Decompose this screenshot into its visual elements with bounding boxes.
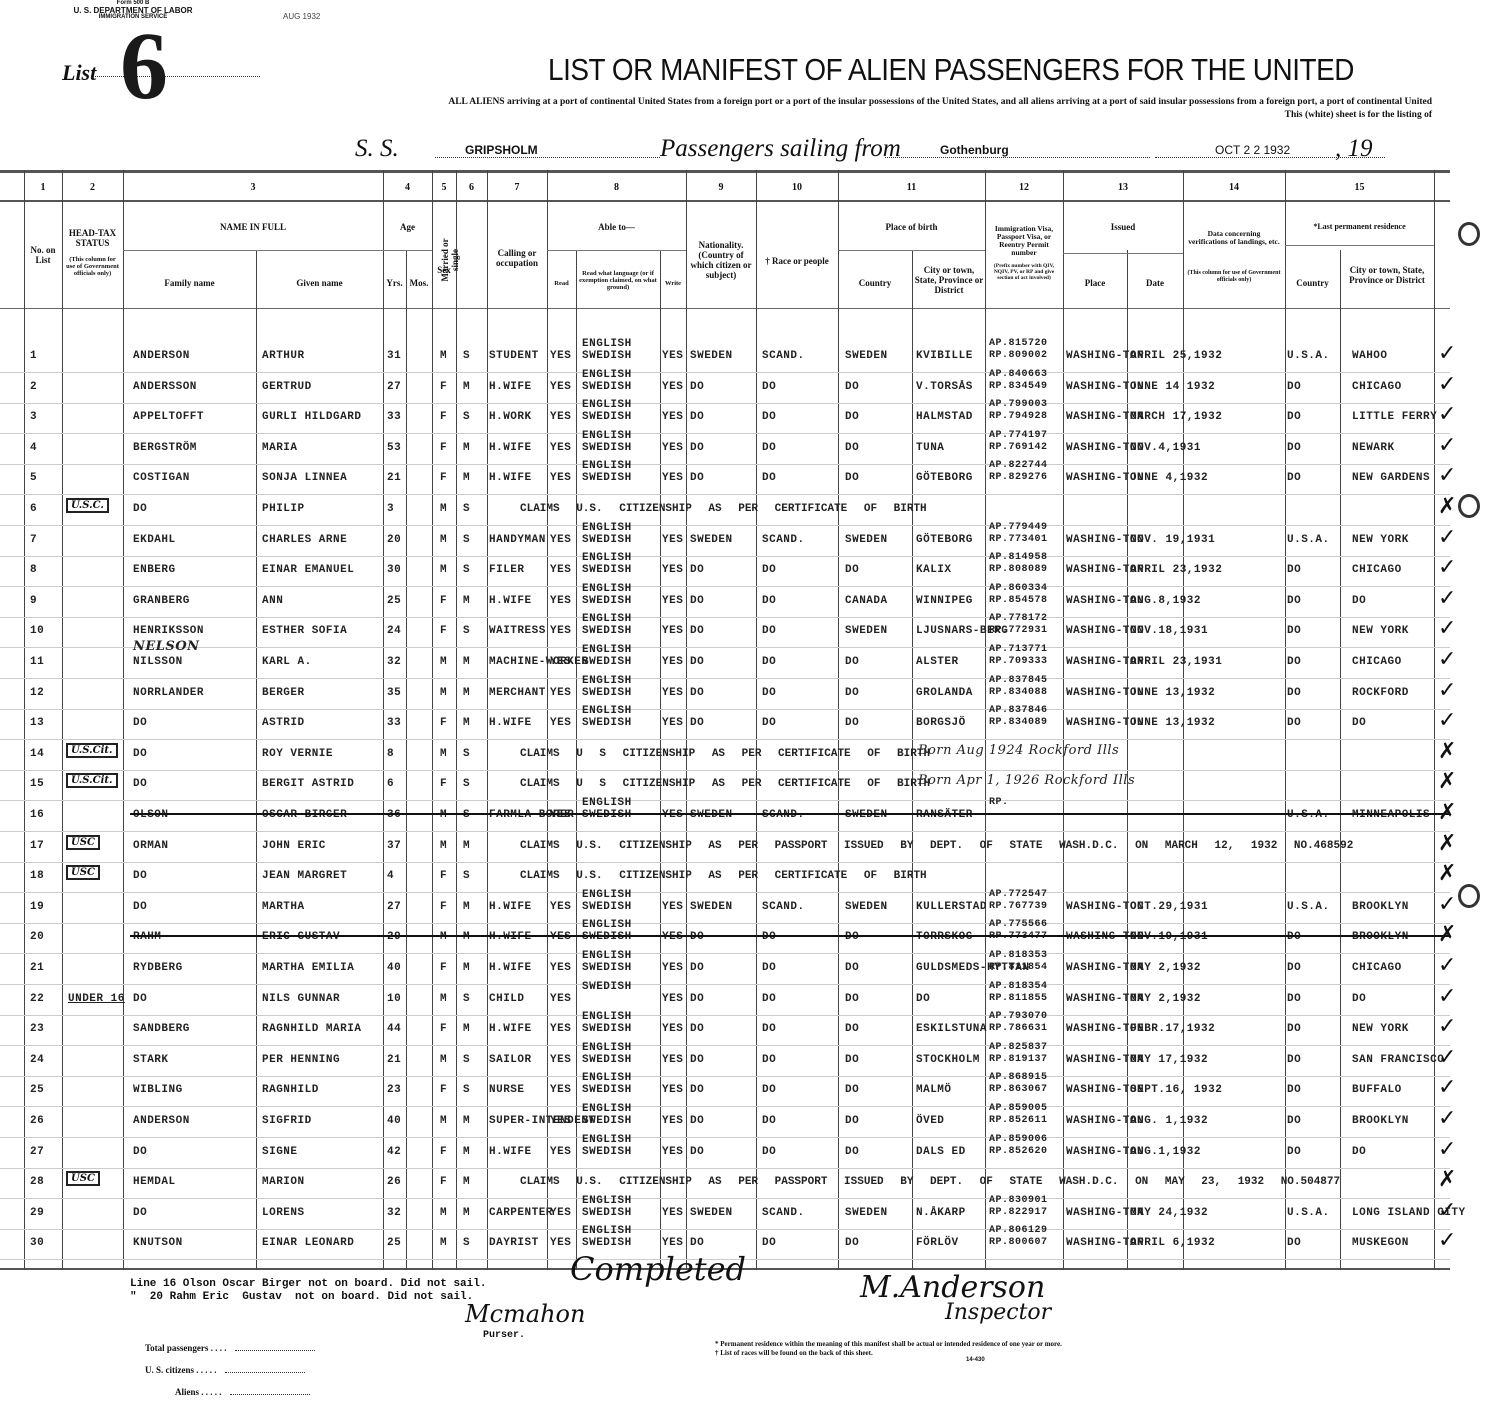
table-row: 8ENBERGEINAR EMANUEL30MSFILERYESYESDODOD… xyxy=(0,555,1450,586)
punch-hole xyxy=(1458,222,1480,246)
visa-number: AP.814958 RP.808089 xyxy=(989,552,1061,576)
residence-country: DO xyxy=(1287,717,1301,729)
header-married: Married or single xyxy=(440,230,460,290)
marital-status: M xyxy=(463,1146,470,1158)
check-mark-icon: ✓ xyxy=(1438,586,1456,611)
can-write: YES xyxy=(662,1054,683,1066)
occupation: SAILOR xyxy=(489,1054,532,1066)
residence-country: DO xyxy=(1287,625,1301,637)
occupation: H.WIFE xyxy=(489,442,532,454)
birth-country: DO xyxy=(845,1023,859,1035)
family-name: OLSON xyxy=(133,809,169,821)
occupation: H.WIFE xyxy=(489,962,532,974)
family-name: DO xyxy=(133,901,147,913)
us-citizens-label: U. S. citizens xyxy=(145,1365,194,1375)
header-res-country: Country xyxy=(1285,278,1340,288)
given-name: MARTHA xyxy=(262,901,305,913)
occupation: H.WIFE xyxy=(489,931,532,943)
nationality: DO xyxy=(690,1084,704,1096)
table-row: 10HENRIKSSONESTHER SOFIA24FSWAITRESSYESY… xyxy=(0,616,1450,647)
table-row: 16OLSONOSCAR BIRGER36MSFARMLA-BORERYESYE… xyxy=(0,800,1450,831)
check-mark-icon: ✓ xyxy=(1438,984,1456,1009)
nationality: SWEDEN xyxy=(690,809,733,821)
birth-city: MALMÖ xyxy=(916,1084,952,1096)
issued-date: AUG.8,1932 xyxy=(1130,595,1201,607)
languages: ENGLISH SWEDISH xyxy=(582,950,652,974)
colnum-8: 8 xyxy=(547,182,686,193)
occupation: H.WIFE xyxy=(489,472,532,484)
cross-mark-icon: ✗ xyxy=(1438,861,1456,886)
note-line-2: " 20 Rahm Eric Gustav not on board. Did … xyxy=(130,1291,486,1304)
residence-city: WAHOO xyxy=(1352,350,1388,362)
age: 42 xyxy=(387,1146,401,1158)
age: 25 xyxy=(387,595,401,607)
race: DO xyxy=(762,962,776,974)
header-birth-city: City or town, State, Province or Distric… xyxy=(914,265,984,295)
cross-mark-icon: ✗ xyxy=(1438,769,1456,794)
row-number: 7 xyxy=(30,534,37,546)
nationality: DO xyxy=(690,717,704,729)
family-name: DO xyxy=(133,993,147,1005)
birth-city: FÖRLÖV xyxy=(916,1237,959,1249)
header-read: Read xyxy=(547,280,576,287)
residence-country: DO xyxy=(1287,1237,1301,1249)
total-passengers-field xyxy=(235,1350,315,1351)
can-write: YES xyxy=(662,993,683,1005)
languages: SWEDISH xyxy=(582,981,652,993)
nationality: DO xyxy=(690,564,704,576)
can-read: YES xyxy=(550,564,571,576)
marital-status: M xyxy=(463,442,470,454)
aliens-field xyxy=(230,1394,310,1395)
sex: F xyxy=(440,1023,447,1035)
issued-date: SEPT.16, 1932 xyxy=(1130,1084,1222,1096)
issued-date: JUNE 14 1932 xyxy=(1130,381,1215,393)
sex: F xyxy=(440,870,447,882)
marital-status: M xyxy=(463,595,470,607)
occupation: HANDYMAN xyxy=(489,534,546,546)
header-write: Write xyxy=(660,280,686,287)
family-name: HEMDAL xyxy=(133,1176,176,1188)
check-mark-icon: ✓ xyxy=(1438,1045,1456,1070)
row-number: 2 xyxy=(30,381,37,393)
birth-city: ÖVED xyxy=(916,1115,944,1127)
languages: ENGLISH SWEDISH xyxy=(582,399,652,423)
check-mark-icon: ✓ xyxy=(1438,953,1456,978)
row-number: 1 xyxy=(30,350,37,362)
sex: F xyxy=(440,625,447,637)
row-number: 29 xyxy=(30,1207,44,1219)
note-line-1: Line 16 Olson Oscar Birger not on board.… xyxy=(130,1278,486,1291)
languages: ENGLISH SWEDISH xyxy=(582,369,652,393)
can-read: YES xyxy=(550,350,571,362)
manifest-table: 1 2 3 4 5 6 7 8 9 10 11 12 13 14 15 No. … xyxy=(0,170,1450,1270)
header-calling: Calling or occupation xyxy=(489,248,545,268)
table-row: 22DONILS GUNNAR10MSCHILDYESYESDODODODOWA… xyxy=(0,984,1450,1015)
race: DO xyxy=(762,1023,776,1035)
residence-city: BROOKLYN xyxy=(1352,931,1409,943)
marital-status: M xyxy=(463,1023,470,1035)
check-mark-icon: ✓ xyxy=(1438,1137,1456,1162)
residence-city: NEW YORK xyxy=(1352,1023,1409,1035)
birth-country: SWEDEN xyxy=(845,534,888,546)
table-row: 5COSTIGANSONJA LINNEA21FMH.WIFEYESYESDOD… xyxy=(0,463,1450,494)
age: 27 xyxy=(387,901,401,913)
residence-country: DO xyxy=(1287,595,1301,607)
nationality: DO xyxy=(690,656,704,668)
colnum-10: 10 xyxy=(756,182,838,193)
given-name: KARL A. xyxy=(262,656,312,668)
languages: ENGLISH SWEDISH xyxy=(582,613,652,637)
languages: ENGLISH SWEDISH xyxy=(582,1195,652,1219)
race: SCAND. xyxy=(762,1207,805,1219)
nationality: DO xyxy=(690,381,704,393)
punch-hole xyxy=(1458,494,1480,518)
occupation: H.WIFE xyxy=(489,1146,532,1158)
cross-mark-icon: ✗ xyxy=(1438,494,1456,519)
age: 33 xyxy=(387,717,401,729)
strike-through xyxy=(130,813,1450,815)
total-passengers-label: Total passengers xyxy=(145,1343,208,1353)
header-no-on-list: No. on List xyxy=(26,245,60,265)
colnum-14: 14 xyxy=(1183,182,1285,193)
nationality: DO xyxy=(690,1054,704,1066)
residence-country: DO xyxy=(1287,472,1301,484)
check-mark-icon: ✓ xyxy=(1438,555,1456,580)
residence-city: CHICAGO xyxy=(1352,656,1402,668)
sex: M xyxy=(440,1054,447,1066)
issued-date: FEBR.17,1932 xyxy=(1130,1023,1215,1035)
year-label: , 19 xyxy=(1335,135,1373,163)
colnum-4: 4 xyxy=(383,182,432,193)
can-read: YES xyxy=(550,931,571,943)
sex: M xyxy=(440,656,447,668)
residence-country: DO xyxy=(1287,564,1301,576)
languages: ENGLISH SWEDISH xyxy=(582,797,652,821)
languages: ENGLISH SWEDISH xyxy=(582,338,652,362)
birth-country: SWEDEN xyxy=(845,901,888,913)
birth-city: ESKILSTUNA xyxy=(916,1023,987,1035)
issued-date: MAY 2,1932 xyxy=(1130,962,1201,974)
sex: M xyxy=(440,687,447,699)
table-row: 12NORRLANDERBERGER35MMMERCHANTYESYESDODO… xyxy=(0,678,1450,709)
issued-date: NOV.18,1931 xyxy=(1130,625,1208,637)
citizenship-claim: CLAIMS U.S. CITIZENSHIP AS PER CERTIFICA… xyxy=(520,503,927,515)
age: 40 xyxy=(387,1115,401,1127)
family-name: BERGSTRÖM xyxy=(133,442,197,454)
visa-number: AP.837846 RP.834089 xyxy=(989,705,1061,729)
languages: ENGLISH SWEDISH xyxy=(582,430,652,454)
header-given-name: Given name xyxy=(256,278,383,288)
birth-country: DO xyxy=(845,1115,859,1127)
head-tax-stamp: USC xyxy=(66,1171,100,1186)
marital-status: M xyxy=(463,901,470,913)
given-name: BERGER xyxy=(262,687,305,699)
check-mark-icon: ✓ xyxy=(1438,433,1456,458)
can-write: YES xyxy=(662,1207,683,1219)
table-row: 7EKDAHLCHARLES ARNE20MSHANDYMANYESYESSWE… xyxy=(0,525,1450,556)
can-write: YES xyxy=(662,442,683,454)
sex: F xyxy=(440,595,447,607)
can-read: YES xyxy=(550,656,571,668)
sex: F xyxy=(440,472,447,484)
occupation: H.WORK xyxy=(489,411,532,423)
row-number: 5 xyxy=(30,472,37,484)
race: DO xyxy=(762,564,776,576)
sex: F xyxy=(440,381,447,393)
row-number: 15 xyxy=(30,778,44,790)
can-read: YES xyxy=(550,472,571,484)
table-row: 3APPELTOFFTGURLI HILDGARD33FSH.WORKYESYE… xyxy=(0,402,1450,433)
family-name: GRANBERG xyxy=(133,595,190,607)
birth-city: DALS ED xyxy=(916,1146,966,1158)
page-title: LIST OR MANIFEST OF ALIEN PASSENGERS FOR… xyxy=(548,52,1354,88)
colnum-12: 12 xyxy=(985,182,1063,193)
birth-country: DO xyxy=(845,1084,859,1096)
family-name: DO xyxy=(133,1146,147,1158)
family-name: NORRLANDER xyxy=(133,687,204,699)
sex: M xyxy=(440,350,447,362)
table-row: 2ANDERSSONGERTRUD27FMH.WIFEYESYESDODODOV… xyxy=(0,372,1450,403)
issued-date: APRIL 23,1932 xyxy=(1130,564,1222,576)
nationality: DO xyxy=(690,931,704,943)
given-name: LORENS xyxy=(262,1207,305,1219)
birth-city: RANSÄTER xyxy=(916,809,973,821)
row-number: 6 xyxy=(30,503,37,515)
header-verification: Data concerning verifications of landing… xyxy=(1187,230,1281,246)
age: 21 xyxy=(387,1054,401,1066)
sex: F xyxy=(440,717,447,729)
nationality: DO xyxy=(690,962,704,974)
given-name: JEAN MARGRET xyxy=(262,870,347,882)
can-read: YES xyxy=(550,1237,571,1249)
colnum-15: 15 xyxy=(1285,182,1434,193)
age: 26 xyxy=(387,1176,401,1188)
residence-country: DO xyxy=(1287,962,1301,974)
table-row: 23SANDBERGRAGNHILD MARIA44FMH.WIFEYESYES… xyxy=(0,1014,1450,1045)
table-row: 27DOSIGNE42FMH.WIFEYESYESDODODODALS EDWA… xyxy=(0,1137,1450,1168)
footnote-races: † List of races will be found on the bac… xyxy=(715,1349,1062,1358)
marital-status: S xyxy=(463,1054,470,1066)
sex: M xyxy=(440,840,447,852)
residence-country: U.S.A. xyxy=(1287,534,1330,546)
marital-status: M xyxy=(463,931,470,943)
age: 35 xyxy=(387,687,401,699)
nationality: DO xyxy=(690,1023,704,1035)
table-row: 29DOLORENS32MMCARPENTERYESYESSWEDENSCAND… xyxy=(0,1198,1450,1229)
check-mark-icon: ✓ xyxy=(1438,678,1456,703)
check-mark-icon: ✓ xyxy=(1438,1228,1456,1253)
header-family-name: Family name xyxy=(123,278,256,288)
visa-number: AP.818354 RP.811855 xyxy=(989,981,1061,1005)
check-mark-icon: ✓ xyxy=(1438,1198,1456,1223)
can-read: YES xyxy=(550,962,571,974)
inspector-title: Inspector xyxy=(945,1300,1051,1325)
given-name: MARTHA EMILIA xyxy=(262,962,354,974)
colnum-9: 9 xyxy=(686,182,756,193)
colnum-5: 5 xyxy=(432,182,456,193)
marital-status: S xyxy=(463,350,470,362)
can-write: YES xyxy=(662,534,683,546)
languages: ENGLISH SWEDISH xyxy=(582,583,652,607)
given-name: ANN xyxy=(262,595,283,607)
age: 32 xyxy=(387,656,401,668)
family-name: KNUTSON xyxy=(133,1237,183,1249)
visa-number: AP.830901 RP.822917 xyxy=(989,1195,1061,1219)
header-yrs: Yrs. xyxy=(383,278,406,288)
family-name: ANDERSSON xyxy=(133,381,197,393)
cross-mark-icon: ✗ xyxy=(1438,1167,1456,1192)
row-number: 24 xyxy=(30,1054,44,1066)
can-write: YES xyxy=(662,931,683,943)
table-row: 6DOPHILIP3MSU.S.C.CLAIMS U.S. CITIZENSHI… xyxy=(0,494,1450,525)
issued-date: JUNE 4,1932 xyxy=(1130,472,1208,484)
visa-number: AP.859006 RP.852620 xyxy=(989,1134,1061,1158)
residence-city: CHICAGO xyxy=(1352,381,1402,393)
can-write: YES xyxy=(662,1237,683,1249)
check-mark-icon: ✓ xyxy=(1438,892,1456,917)
marital-status: M xyxy=(463,687,470,699)
row-number: 17 xyxy=(30,840,44,852)
given-name: ESTHER SOFIA xyxy=(262,625,347,637)
birth-country: DO xyxy=(845,381,859,393)
row-number: 22 xyxy=(30,993,44,1005)
birth-country: DO xyxy=(845,1146,859,1158)
table-row: 9GRANBERGANN25FMH.WIFEYESYESDODOCANADAWI… xyxy=(0,586,1450,617)
sex: M xyxy=(440,809,447,821)
age: 53 xyxy=(387,442,401,454)
race: DO xyxy=(762,625,776,637)
occupation: H.WIFE xyxy=(489,1023,532,1035)
cross-mark-icon: ✗ xyxy=(1438,831,1456,856)
languages: ENGLISH SWEDISH xyxy=(582,1103,652,1127)
residence-city: NEW GARDENS xyxy=(1352,472,1430,484)
given-name: CHARLES ARNE xyxy=(262,534,347,546)
birth-country: DO xyxy=(845,656,859,668)
birth-city: WINNIPEG xyxy=(916,595,973,607)
issued-date: AUG. 1,1932 xyxy=(1130,1115,1208,1127)
check-mark-icon: ✓ xyxy=(1438,341,1456,366)
age: 29 xyxy=(387,931,401,943)
residence-country: DO xyxy=(1287,931,1301,943)
race: SCAND. xyxy=(762,901,805,913)
aliens-label: Aliens xyxy=(175,1387,199,1397)
race: DO xyxy=(762,1054,776,1066)
given-name: PER HENNING xyxy=(262,1054,340,1066)
issued-date: APRIL 6,1932 xyxy=(1130,1237,1215,1249)
residence-city: DO xyxy=(1352,717,1366,729)
can-read: YES xyxy=(550,901,571,913)
punch-hole xyxy=(1458,884,1480,908)
family-name: ANDERSON xyxy=(133,1115,190,1127)
age: 36 xyxy=(387,809,401,821)
birth-country: SWEDEN xyxy=(845,809,888,821)
residence-city: BUFFALO xyxy=(1352,1084,1402,1096)
can-read: YES xyxy=(550,625,571,637)
family-name: SANDBERG xyxy=(133,1023,190,1035)
age: 30 xyxy=(387,564,401,576)
row-number: 21 xyxy=(30,962,44,974)
visa-number: AP.837845 RP.834088 xyxy=(989,675,1061,699)
row-number: 4 xyxy=(30,442,37,454)
race: DO xyxy=(762,595,776,607)
head-tax-stamp: U.S.Cit. xyxy=(66,743,118,758)
marital-status: S xyxy=(463,534,470,546)
languages: ENGLISH SWEDISH xyxy=(582,705,652,729)
nationality: SWEDEN xyxy=(690,350,733,362)
given-name: JOHN ERIC xyxy=(262,840,326,852)
languages: ENGLISH SWEDISH xyxy=(582,919,652,943)
colnum-3: 3 xyxy=(123,182,383,193)
given-name: SIGNE xyxy=(262,1146,298,1158)
can-read: YES xyxy=(550,1115,571,1127)
row-number: 12 xyxy=(30,687,44,699)
birth-country: CANADA xyxy=(845,595,888,607)
race: SCAND. xyxy=(762,809,805,821)
row-number: 9 xyxy=(30,595,37,607)
colnum-6: 6 xyxy=(456,182,487,193)
table-row: 25WIBLINGRAGNHILD23FSNURSEYESYESDODODOMA… xyxy=(0,1075,1450,1106)
table-row: 14DOROY VERNIE8MSU.S.Cit.CLAIMS U S CITI… xyxy=(0,739,1450,770)
visa-number: AP.779449 RP.773401 xyxy=(989,522,1061,546)
row-number: 26 xyxy=(30,1115,44,1127)
marital-status: M xyxy=(463,1115,470,1127)
birth-city: STOCKHOLM xyxy=(916,1054,980,1066)
age: 8 xyxy=(387,748,394,760)
sex: M xyxy=(440,1207,447,1219)
completed-mark: Completed xyxy=(570,1250,746,1288)
can-read: YES xyxy=(550,381,571,393)
family-name: STARK xyxy=(133,1054,169,1066)
issued-date: JUNE 13,1932 xyxy=(1130,687,1215,699)
marital-status: M xyxy=(463,840,470,852)
race: DO xyxy=(762,1084,776,1096)
head-tax-stamp: U.S.Cit. xyxy=(66,773,118,788)
languages: ENGLISH SWEDISH xyxy=(582,552,652,576)
table-row: 20RAHMERIC GUSTAV29MMH.WIFEYESYESDODODOT… xyxy=(0,922,1450,953)
can-write: YES xyxy=(662,809,683,821)
handwritten-birth-note: Born Aug 1924 Rockford Ills xyxy=(918,743,1119,758)
row-number: 20 xyxy=(30,931,44,943)
residence-country: DO xyxy=(1287,993,1301,1005)
birth-country: DO xyxy=(845,687,859,699)
family-name: EKDAHL xyxy=(133,534,176,546)
family-name: APPELTOFFT xyxy=(133,411,204,423)
visa-number: AP.793070 RP.786631 xyxy=(989,1011,1061,1035)
visa-number: AP.815720 RP.809002 xyxy=(989,338,1061,362)
can-write: YES xyxy=(662,656,683,668)
marital-status: S xyxy=(463,1084,470,1096)
family-name: ENBERG xyxy=(133,564,176,576)
can-read: YES xyxy=(550,809,571,821)
ss-label: S. S. xyxy=(355,135,399,163)
can-read: YES xyxy=(550,687,571,699)
birth-country: SWEDEN xyxy=(845,1207,888,1219)
residence-country: DO xyxy=(1287,411,1301,423)
given-name: MARION xyxy=(262,1176,305,1188)
nationality: DO xyxy=(690,993,704,1005)
race: DO xyxy=(762,1146,776,1158)
race: DO xyxy=(762,442,776,454)
given-name: ASTRID xyxy=(262,717,305,729)
given-name: NILS GUNNAR xyxy=(262,993,340,1005)
visa-number: AP.868915 RP.863067 xyxy=(989,1072,1061,1096)
colnum-2: 2 xyxy=(62,182,123,193)
marital-status: M xyxy=(463,962,470,974)
race: SCAND. xyxy=(762,350,805,362)
age: 25 xyxy=(387,1237,401,1249)
head-tax-stamp: U.S.C. xyxy=(66,498,109,513)
